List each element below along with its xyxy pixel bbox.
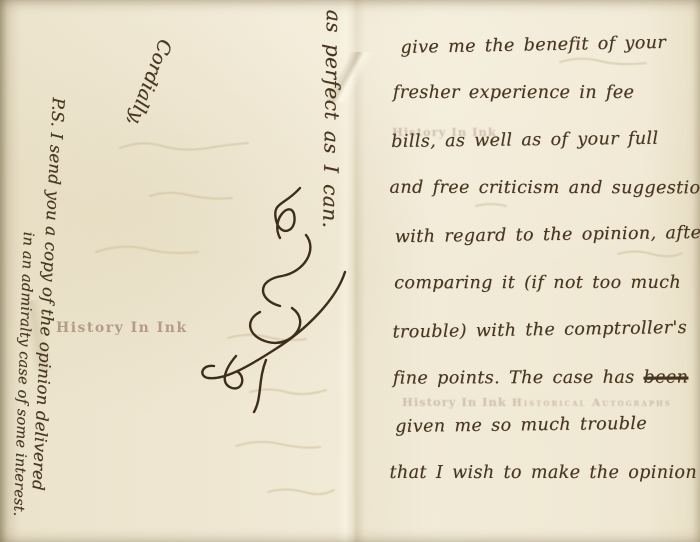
letter-line: fresher experience in fee — [393, 69, 700, 117]
letter-line: and free criticism and suggestion — [389, 164, 700, 212]
letter-line: fine points. The case has been — [393, 354, 700, 403]
letter-line: comparing it (if not too much — [394, 259, 700, 307]
signature-flourish — [196, 180, 348, 420]
letter-line: trouble) with the comptroller's — [392, 304, 700, 357]
letter-line: given me so much trouble — [395, 400, 700, 451]
watermark-text: History In Ink — [56, 320, 188, 336]
letter-line: give me the benefit of your — [400, 19, 700, 72]
letter-line: with regard to the opinion, after — [395, 210, 700, 262]
letter-line: bills, as well as of your full — [391, 115, 700, 166]
right-page-text: give me the benefit of your fresher expe… — [386, 21, 700, 498]
letter-line: that I wish to make the opinion — [389, 449, 700, 497]
letter-scan: History In Ink History In Ink History In… — [0, 0, 700, 542]
